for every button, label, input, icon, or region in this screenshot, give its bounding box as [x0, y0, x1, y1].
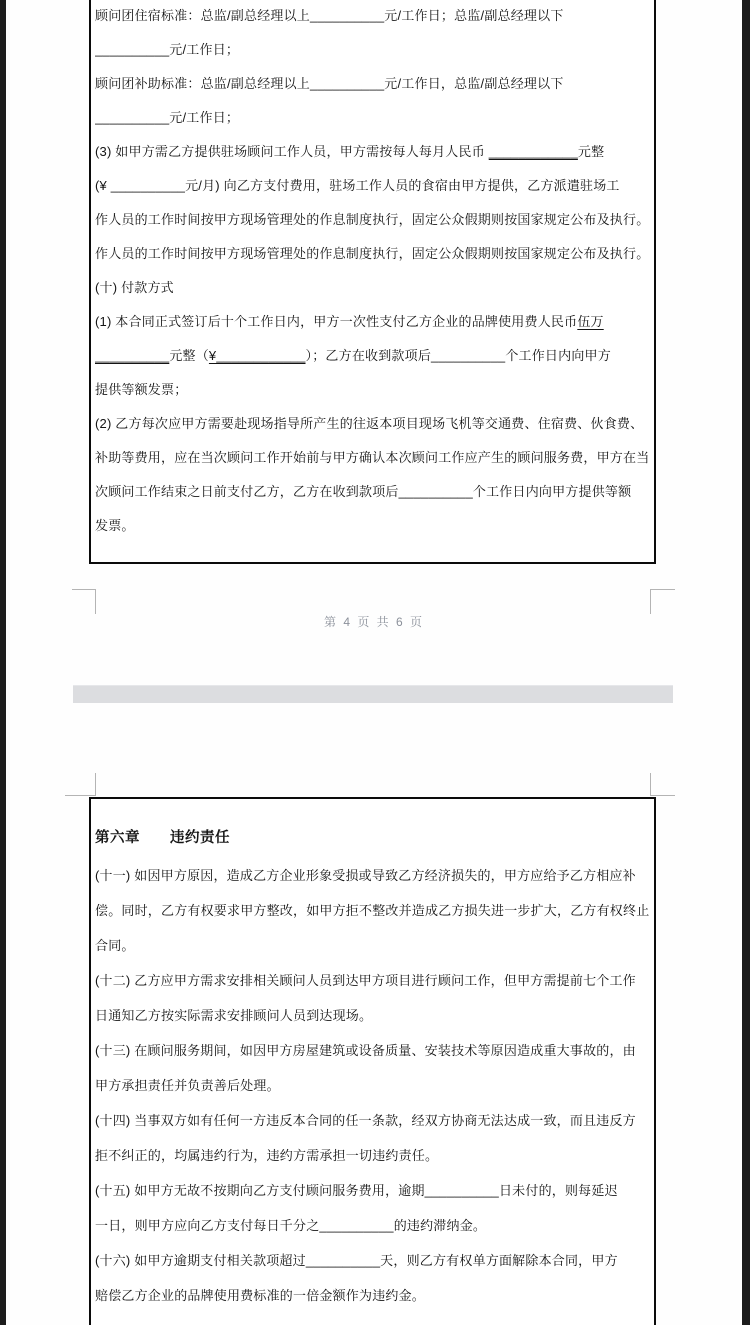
paragraph-line: __________元/工作日； — [95, 101, 650, 135]
text-segment: 作人员的工作时间按甲方现场管理处的作息制度执行，固定公众假期则按国家规定公布及执… — [95, 212, 649, 227]
paragraph-line: (十二) 乙方应甲方需求安排相关顾问人员到达甲方项目进行顾问工作，但甲方需提前七… — [95, 963, 650, 998]
text-segment: (3) 如甲方需乙方提供驻场顾问工作人员，甲方需按每人每月人民币 — [95, 144, 489, 159]
paragraph-line: (3) 如甲方需乙方提供驻场顾问工作人员，甲方需按每人每月人民币 _______… — [95, 135, 650, 169]
text-segment: 作人员的工作时间按甲方现场管理处的作息制度执行，固定公众假期则按国家规定公布及执… — [95, 246, 649, 261]
screen-edge-right — [742, 0, 750, 1325]
paragraph-line: (2) 乙方每次应甲方需要赴现场指导所产生的往返本项目现场飞机等交通费、住宿费、… — [95, 407, 650, 441]
margin-crop-mark-bottom-left — [72, 589, 96, 614]
text-segment: 发票。 — [95, 518, 135, 533]
margin-crop-mark-top-left — [65, 773, 96, 796]
paragraph-line: 顾问团住宿标准：总监/副总经理以上__________元/工作日；总监/副总经理… — [95, 0, 650, 33]
paragraph-line: __________元/工作日； — [95, 33, 650, 67]
text-segment: 提供等额发票； — [95, 382, 187, 397]
paragraph-line: 补助等费用，应在当次顾问工作开始前与甲方确认本次顾问工作应产生的顾问服务费，甲方… — [95, 441, 650, 475]
paragraph-line: 赔偿乙方企业的品牌使用费标准的一倍金额作为违约金。 — [95, 1278, 650, 1313]
page-gap-band — [73, 685, 673, 703]
paragraph-line: 作人员的工作时间按甲方现场管理处的作息制度执行，固定公众假期则按国家规定公布及执… — [95, 237, 650, 271]
paragraph-line: (十) 付款方式 — [95, 271, 650, 305]
paragraph-line: (十四) 当事双方如有任何一方违反本合同的任一条款，经双方协商无法达成一致，而且… — [95, 1103, 650, 1138]
text-segment: (1) 本合同正式签订后十个工作日内，甲方一次性支付乙方企业的品牌使用费人民币 — [95, 314, 577, 329]
page-5-text-box: 第六章 违约责任 (十一) 如因甲方原因，造成乙方企业形象受损或导致乙方经济损失… — [89, 797, 656, 1325]
text-segment: __________元/工作日； — [95, 42, 239, 57]
underlined-blank-text: ¥____________ — [209, 348, 306, 363]
paragraph-line: __________元整（¥____________）；乙方在收到款项后____… — [95, 339, 650, 373]
margin-crop-mark-top-right — [650, 773, 675, 796]
text-segment: 偿。同时，乙方有权要求甲方整改，如甲方拒不整改并造成乙方损失进一步扩大，乙方有权… — [95, 903, 649, 918]
page-number-footer: 第 4 页 共 6 页 — [6, 612, 742, 632]
paragraph-line: 合同。 — [95, 928, 650, 963]
text-segment: __________元/工作日； — [95, 110, 239, 125]
paragraph-line: 次顾问工作结束之日前支付乙方，乙方在收到款项后__________个工作日内向甲… — [95, 475, 650, 509]
chapter-heading: 第六章 违约责任 — [95, 821, 650, 855]
text-segment: (十五) 如甲方无故不按期向乙方支付顾问服务费用，逾期__________日未付… — [95, 1183, 618, 1198]
text-segment: 顾问团补助标准：总监/副总经理以上__________元/工作日，总监/副总经理… — [95, 76, 564, 91]
paragraph-line: 偿。同时，乙方有权要求甲方整改，如甲方拒不整改并造成乙方损失进一步扩大，乙方有权… — [95, 893, 650, 928]
text-segment: (十三) 在顾问服务期间，如因甲方房屋建筑或设备质量、安装技术等原因造成重大事故… — [95, 1043, 636, 1058]
text-segment: ）；乙方在收到款项后__________个工作日内向甲方 — [306, 348, 611, 363]
underlined-blank-text: __________ — [95, 348, 169, 363]
text-segment: 日通知乙方按实际需求安排顾问人员到达现场。 — [95, 1008, 372, 1023]
text-segment: 合同。 — [95, 938, 135, 953]
underlined-blank-text: ____________ — [489, 144, 578, 159]
text-segment: (十) 付款方式 — [95, 280, 174, 295]
margin-crop-mark-bottom-right — [650, 589, 675, 614]
paragraph-line: 顾问团补助标准：总监/副总经理以上__________元/工作日，总监/副总经理… — [95, 67, 650, 101]
text-segment: (十六) 如甲方逾期支付相关款项超过__________天，则乙方有权单方面解除… — [95, 1253, 618, 1268]
paragraph-line: 发票。 — [95, 509, 650, 543]
paragraph-line: (1) 本合同正式签订后十个工作日内，甲方一次性支付乙方企业的品牌使用费人民币伍… — [95, 305, 650, 339]
text-segment: (十四) 当事双方如有任何一方违反本合同的任一条款，经双方协商无法达成一致，而且… — [95, 1113, 636, 1128]
text-segment: 拒不纠正的，均属违约行为，违约方需承担一切违约责任。 — [95, 1148, 438, 1163]
paragraph-line: (十五) 如甲方无故不按期向乙方支付顾问服务费用，逾期__________日未付… — [95, 1173, 650, 1208]
screen-edge-left — [0, 0, 6, 1325]
document-viewer[interactable]: 顾问团住宿标准：总监/副总经理以上__________元/工作日；总监/副总经理… — [0, 0, 750, 1325]
paragraph-line: (十三) 在顾问服务期间，如因甲方房屋建筑或设备质量、安装技术等原因造成重大事故… — [95, 1033, 650, 1068]
text-segment: (2) 乙方每次应甲方需要赴现场指导所产生的往返本项目现场飞机等交通费、住宿费、… — [95, 416, 643, 431]
paragraph-line: 日通知乙方按实际需求安排顾问人员到达现场。 — [95, 998, 650, 1033]
text-segment: 元整（ — [169, 348, 209, 363]
text-segment: 赔偿乙方企业的品牌使用费标准的一倍金额作为违约金。 — [95, 1288, 425, 1303]
text-segment: 一日，则甲方应向乙方支付每日千分之__________的违约滞纳金。 — [95, 1218, 486, 1233]
page-5-paragraphs: (十一) 如因甲方原因，造成乙方企业形象受损或导致乙方经济损失的，甲方应给予乙方… — [95, 858, 650, 1313]
page-4-text-box: 顾问团住宿标准：总监/副总经理以上__________元/工作日；总监/副总经理… — [89, 0, 656, 564]
paragraph-line: (十一) 如因甲方原因，造成乙方企业形象受损或导致乙方经济损失的，甲方应给予乙方… — [95, 858, 650, 893]
paragraph-line: 一日，则甲方应向乙方支付每日千分之__________的违约滞纳金。 — [95, 1208, 650, 1243]
text-segment: 顾问团住宿标准：总监/副总经理以上__________元/工作日；总监/副总经理… — [95, 8, 564, 23]
text-segment: (十二) 乙方应甲方需求安排相关顾问人员到达甲方项目进行顾问工作，但甲方需提前七… — [95, 973, 636, 988]
paragraph-line: 拒不纠正的，均属违约行为，违约方需承担一切违约责任。 — [95, 1138, 650, 1173]
text-segment: (十一) 如因甲方原因，造成乙方企业形象受损或导致乙方经济损失的，甲方应给予乙方… — [95, 868, 636, 883]
text-segment: 甲方承担责任并负责善后处理。 — [95, 1078, 280, 1093]
paragraph-line: 作人员的工作时间按甲方现场管理处的作息制度执行，固定公众假期则按国家规定公布及执… — [95, 203, 650, 237]
paragraph-line: 提供等额发票； — [95, 373, 650, 407]
text-segment: 补助等费用，应在当次顾问工作开始前与甲方确认本次顾问工作应产生的顾问服务费，甲方… — [95, 450, 649, 465]
underlined-blank-text: 伍万 — [577, 314, 603, 329]
paragraph-line: (十六) 如甲方逾期支付相关款项超过__________天，则乙方有权单方面解除… — [95, 1243, 650, 1278]
paragraph-line: (¥ __________元/月) 向乙方支付费用，驻场工作人员的食宿由甲方提供… — [95, 169, 650, 203]
page-4-paragraphs: 顾问团住宿标准：总监/副总经理以上__________元/工作日；总监/副总经理… — [95, 0, 650, 543]
text-segment: (¥ __________元/月) 向乙方支付费用，驻场工作人员的食宿由甲方提供… — [95, 178, 620, 193]
paragraph-line: 甲方承担责任并负责善后处理。 — [95, 1068, 650, 1103]
text-segment: 元整 — [578, 144, 604, 159]
text-segment: 次顾问工作结束之日前支付乙方，乙方在收到款项后__________个工作日内向甲… — [95, 484, 631, 499]
